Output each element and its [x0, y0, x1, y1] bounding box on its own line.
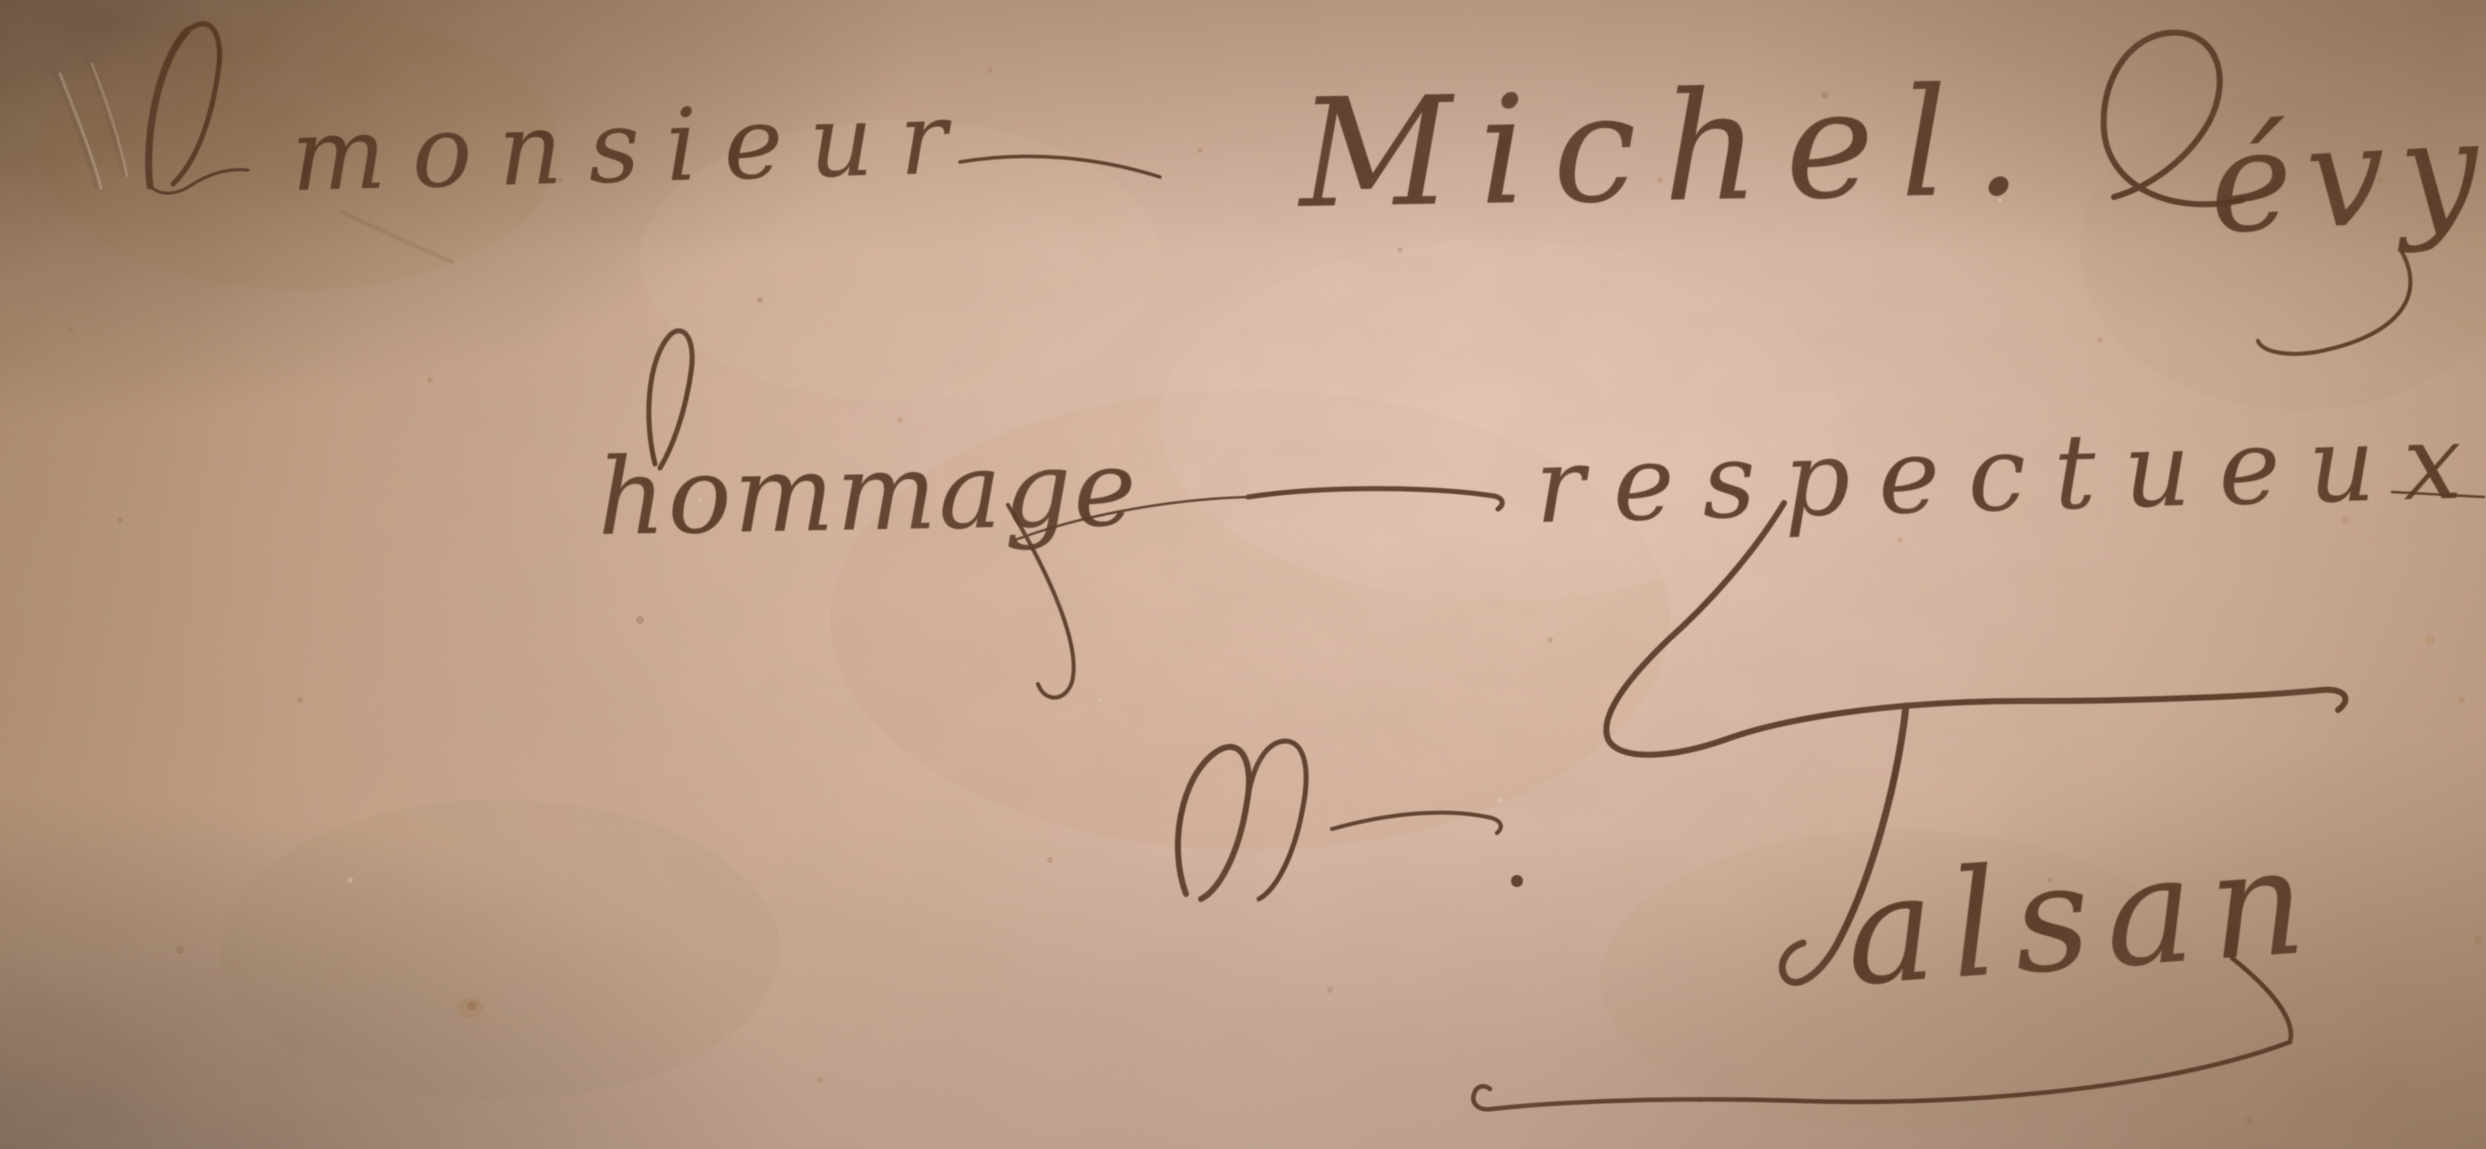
paper-grain-fine-overlay	[0, 0, 2486, 1149]
inscription-artwork: monsieur Michel. évy hommage respectueux…	[0, 0, 2486, 1149]
photo-of-handwritten-dedication: monsieur Michel. évy hommage respectueux…	[0, 0, 2486, 1149]
